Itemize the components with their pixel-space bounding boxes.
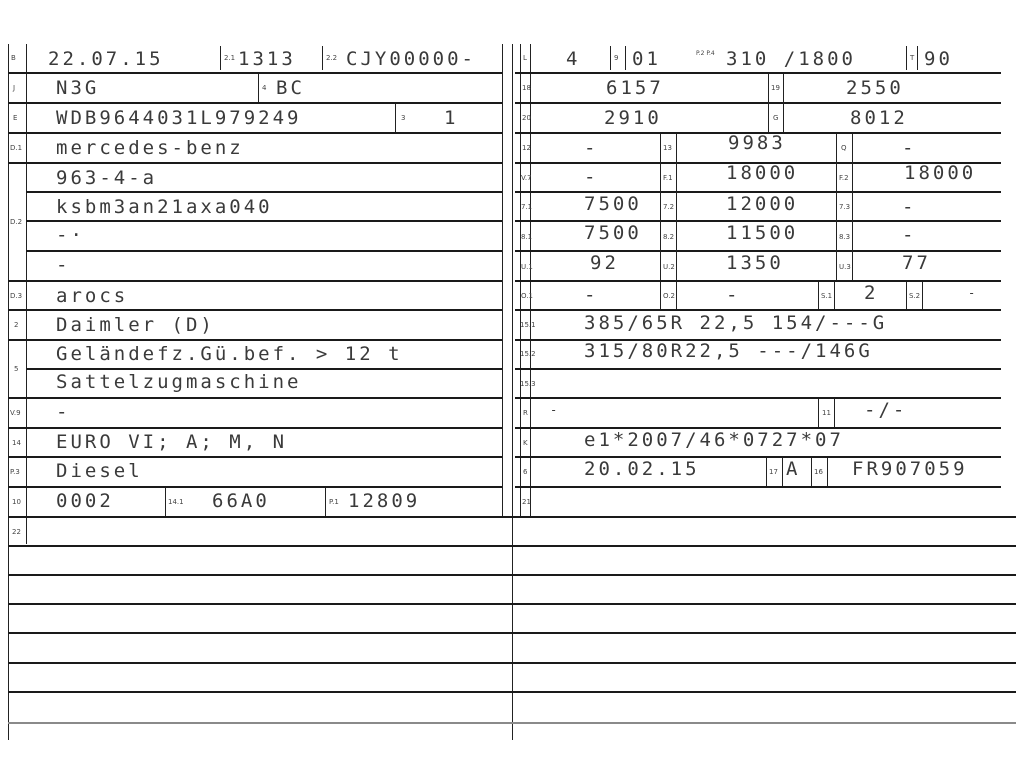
field-12-tank-capacity: - — [584, 137, 598, 159]
field-J-vehicle-class: N3G — [56, 77, 99, 99]
split — [610, 46, 611, 70]
center-divider — [512, 44, 513, 740]
split — [783, 74, 784, 132]
field-label-P1: P.1 — [329, 498, 339, 506]
field-14.1-code: 66A0 — [212, 490, 270, 512]
field-U3-noise-driving: 77 — [902, 252, 931, 274]
field-label-6: 6 — [523, 468, 527, 476]
field-label-15.3: 15.3 — [520, 380, 536, 388]
field-label-2: 2 — [14, 321, 18, 329]
field-label-P3: P.3 — [10, 468, 20, 476]
rule — [515, 397, 1001, 399]
field-label-G: G — [773, 114, 778, 122]
field-13-support-load: 9983 — [728, 132, 786, 154]
field-B-first-registration: 22.07.15 — [48, 48, 164, 70]
field-S2-standing: - — [968, 282, 978, 304]
split — [26, 518, 27, 544]
field-label-8.1: 8.1 — [521, 233, 532, 241]
field-label-U3: U.3 — [839, 263, 851, 271]
field-7.3-axle-load: - — [902, 196, 916, 218]
field-E-vin: WDB9644031L979249 — [56, 107, 301, 129]
field-label-V7: V.7 — [521, 174, 532, 182]
field-label-3: 3 — [401, 114, 405, 122]
split — [165, 488, 166, 516]
field-label-5: 5 — [14, 365, 18, 373]
field-label-7.2: 7.2 — [663, 203, 674, 211]
split — [322, 46, 323, 70]
field-20-height: 2910 — [604, 107, 662, 129]
field-V9-emission-class: - — [56, 401, 70, 423]
rule — [8, 162, 502, 164]
field-8.3-axle-load: - — [902, 224, 916, 246]
split — [836, 134, 837, 280]
split — [827, 458, 828, 486]
field-15.1-tyres-axle-1: 385/65R 22,5 154/---G — [584, 312, 887, 334]
field-D3-commercial-name: arocs — [56, 285, 128, 307]
split — [917, 46, 918, 70]
field-2.1-manufacturer-code: 1313 — [238, 48, 296, 70]
split — [676, 282, 677, 309]
rule — [8, 72, 502, 74]
field-label-D2: D.2 — [10, 218, 22, 226]
field-G-empty-mass: 8012 — [850, 107, 908, 129]
rule — [8, 397, 502, 399]
field-label-R: R — [523, 409, 528, 417]
field-label-17: 17 — [769, 468, 778, 476]
remarks-rule — [8, 632, 1016, 634]
field-label-13: 13 — [663, 144, 672, 152]
field-V7-co2: - — [584, 166, 598, 188]
rule — [26, 368, 502, 370]
split — [906, 46, 907, 70]
rule — [8, 486, 502, 488]
split — [834, 399, 835, 427]
field-label-2.2: 2.2 — [326, 54, 337, 62]
split — [660, 282, 661, 309]
field-D1-make: mercedes-benz — [56, 137, 244, 159]
field-L-axles: 4 — [566, 48, 580, 70]
field-7.1-axle-load: 7500 — [584, 193, 642, 215]
field-18-length: 6157 — [606, 77, 664, 99]
field-S1-seats: 2 — [864, 282, 878, 304]
field-label-V9: V.9 — [10, 409, 21, 417]
remarks-rule — [8, 662, 1016, 664]
field-16-document-number: FR907059 — [852, 458, 968, 480]
field-label-U2: U.2 — [663, 263, 675, 271]
split — [395, 104, 396, 132]
field-label-15.2: 15.2 — [520, 350, 536, 358]
split — [922, 282, 923, 309]
field-label-P2P4: P.2 P.4 — [696, 50, 715, 58]
field-2-manufacturer: Daimler (D) — [56, 314, 215, 336]
split — [676, 134, 677, 280]
registration-document: B 22.07.15 2.1 1313 2.2 CJY00000- J N3G … — [0, 0, 1024, 768]
field-3-check-digit: 1 — [444, 107, 458, 129]
field-label-22: 22 — [12, 528, 21, 536]
rule — [515, 102, 1001, 104]
field-label-T: T — [910, 54, 914, 62]
field-label-21: 21 — [522, 498, 531, 506]
rule — [8, 132, 502, 134]
remarks-rule — [8, 574, 1016, 576]
field-19-width: 2550 — [846, 77, 904, 99]
split — [906, 282, 907, 309]
field-label-F2: F.2 — [839, 174, 849, 182]
field-D2-type-line-1: 963-4-a — [56, 167, 157, 189]
field-label-J: J — [13, 84, 15, 92]
remarks-rule — [8, 545, 1016, 547]
split — [818, 282, 819, 309]
field-R-colour: - — [550, 399, 560, 421]
field-9-driven-axles: 01 — [632, 48, 661, 70]
split — [834, 282, 835, 309]
left-label-divider — [26, 44, 27, 544]
split — [811, 458, 812, 486]
remarks-rule — [8, 722, 1016, 724]
field-label-8.2: 8.2 — [663, 233, 674, 241]
field-8.1-axle-load: 7500 — [584, 222, 642, 244]
field-P1-displacement: 12809 — [348, 490, 420, 512]
split — [782, 458, 783, 486]
field-label-U1: U.1 — [521, 263, 533, 271]
rule — [515, 486, 1001, 488]
field-6-approval-date: 20.02.15 — [584, 458, 700, 480]
rule — [8, 516, 1016, 518]
field-label-O2: O.2 — [663, 292, 675, 300]
field-label-F1: F.1 — [663, 174, 673, 182]
field-label-14.1: 14.1 — [168, 498, 184, 506]
field-P2P4-power-rpm: 310 /1800 — [726, 48, 856, 70]
field-K-type-approval: e1*2007/46*0727*07 — [584, 429, 844, 451]
field-15.2-tyres-axle-2: 315/80R22,5 ---/146G — [584, 340, 873, 362]
rule — [515, 368, 1001, 370]
field-label-S1: S.1 — [821, 292, 832, 300]
field-5-vehicle-type-line-1: Geländefz.Gü.bef. > 12 t — [56, 343, 403, 365]
field-D2-line-4: - — [56, 254, 70, 276]
field-P3-fuel: Diesel — [56, 460, 143, 482]
field-label-7.1: 7.1 — [521, 203, 532, 211]
field-label-7.3: 7.3 — [839, 203, 850, 211]
field-label-2.1: 2.1 — [224, 54, 235, 62]
rule — [8, 309, 502, 311]
rule — [26, 250, 502, 252]
field-10-code: 0002 — [56, 490, 114, 512]
rule — [515, 280, 1001, 282]
field-label-4: 4 — [262, 84, 266, 92]
field-F1-max-mass: 18000 — [726, 162, 798, 184]
rule — [515, 72, 1001, 74]
field-4-body-type: BC — [276, 77, 305, 99]
field-label-O1: O.1 — [521, 292, 533, 300]
field-label-15.1: 15.1 — [520, 321, 536, 329]
field-label-9: 9 — [614, 54, 618, 62]
rule — [8, 456, 502, 458]
field-label-B: B — [11, 54, 16, 62]
split — [220, 46, 221, 70]
field-label-14: 14 — [12, 439, 21, 447]
split — [325, 488, 326, 516]
split — [625, 46, 626, 70]
field-U2-rpm: 1350 — [726, 252, 784, 274]
field-label-K: K — [523, 439, 528, 447]
field-F2-permissible-mass: 18000 — [904, 162, 976, 184]
field-11-code: -/- — [864, 399, 907, 421]
field-label-18: 18 — [522, 84, 531, 92]
field-D2-variant-line-2: ksbm3an21axa040 — [56, 196, 273, 218]
remarks-rule — [8, 603, 1016, 605]
split — [660, 134, 661, 280]
field-label-12: 12 — [522, 144, 531, 152]
rule — [8, 339, 502, 341]
split — [852, 134, 853, 280]
remarks-rule — [8, 691, 1016, 693]
field-label-10: 10 — [12, 498, 21, 506]
rule — [26, 191, 502, 193]
rule — [8, 427, 502, 429]
field-label-16: 16 — [814, 468, 823, 476]
rule — [8, 102, 502, 104]
rule — [515, 309, 1001, 311]
split — [768, 74, 769, 132]
field-label-S2: S.2 — [909, 292, 920, 300]
field-D2-version-line-3: -· — [56, 224, 85, 246]
field-label-D1: D.1 — [10, 144, 22, 152]
field-label-E: E — [13, 114, 17, 122]
split — [766, 458, 767, 486]
field-label-Q: Q — [841, 144, 847, 152]
rule — [8, 280, 502, 282]
rule — [26, 220, 502, 222]
field-O1-trailer-braked: - — [584, 284, 598, 306]
field-2.2-type-code: CJY00000- — [346, 48, 476, 70]
split — [818, 399, 819, 427]
field-7.2-axle-load: 12000 — [726, 193, 798, 215]
field-T-max-speed: 90 — [924, 48, 953, 70]
field-label-19: 19 — [771, 84, 780, 92]
field-U1-noise-standing: 92 — [590, 252, 619, 274]
field-Q-power-weight: - — [902, 137, 916, 159]
split — [258, 74, 259, 102]
field-label-11: 11 — [822, 409, 831, 417]
field-8.2-axle-load: 11500 — [726, 222, 798, 244]
field-label-L: L — [523, 54, 527, 62]
field-label-D3: D.3 — [10, 292, 22, 300]
center-divider-left — [502, 44, 503, 516]
left-outer-border — [8, 44, 9, 740]
field-label-20: 20 — [522, 114, 531, 122]
field-5-vehicle-type-line-2: Sattelzugmaschine — [56, 371, 301, 393]
field-label-8.3: 8.3 — [839, 233, 850, 241]
field-O2-trailer-unbraked: - — [726, 284, 740, 306]
field-14-emission-standard: EURO VI; A; M, N — [56, 431, 287, 453]
field-17-code: A — [786, 458, 800, 480]
